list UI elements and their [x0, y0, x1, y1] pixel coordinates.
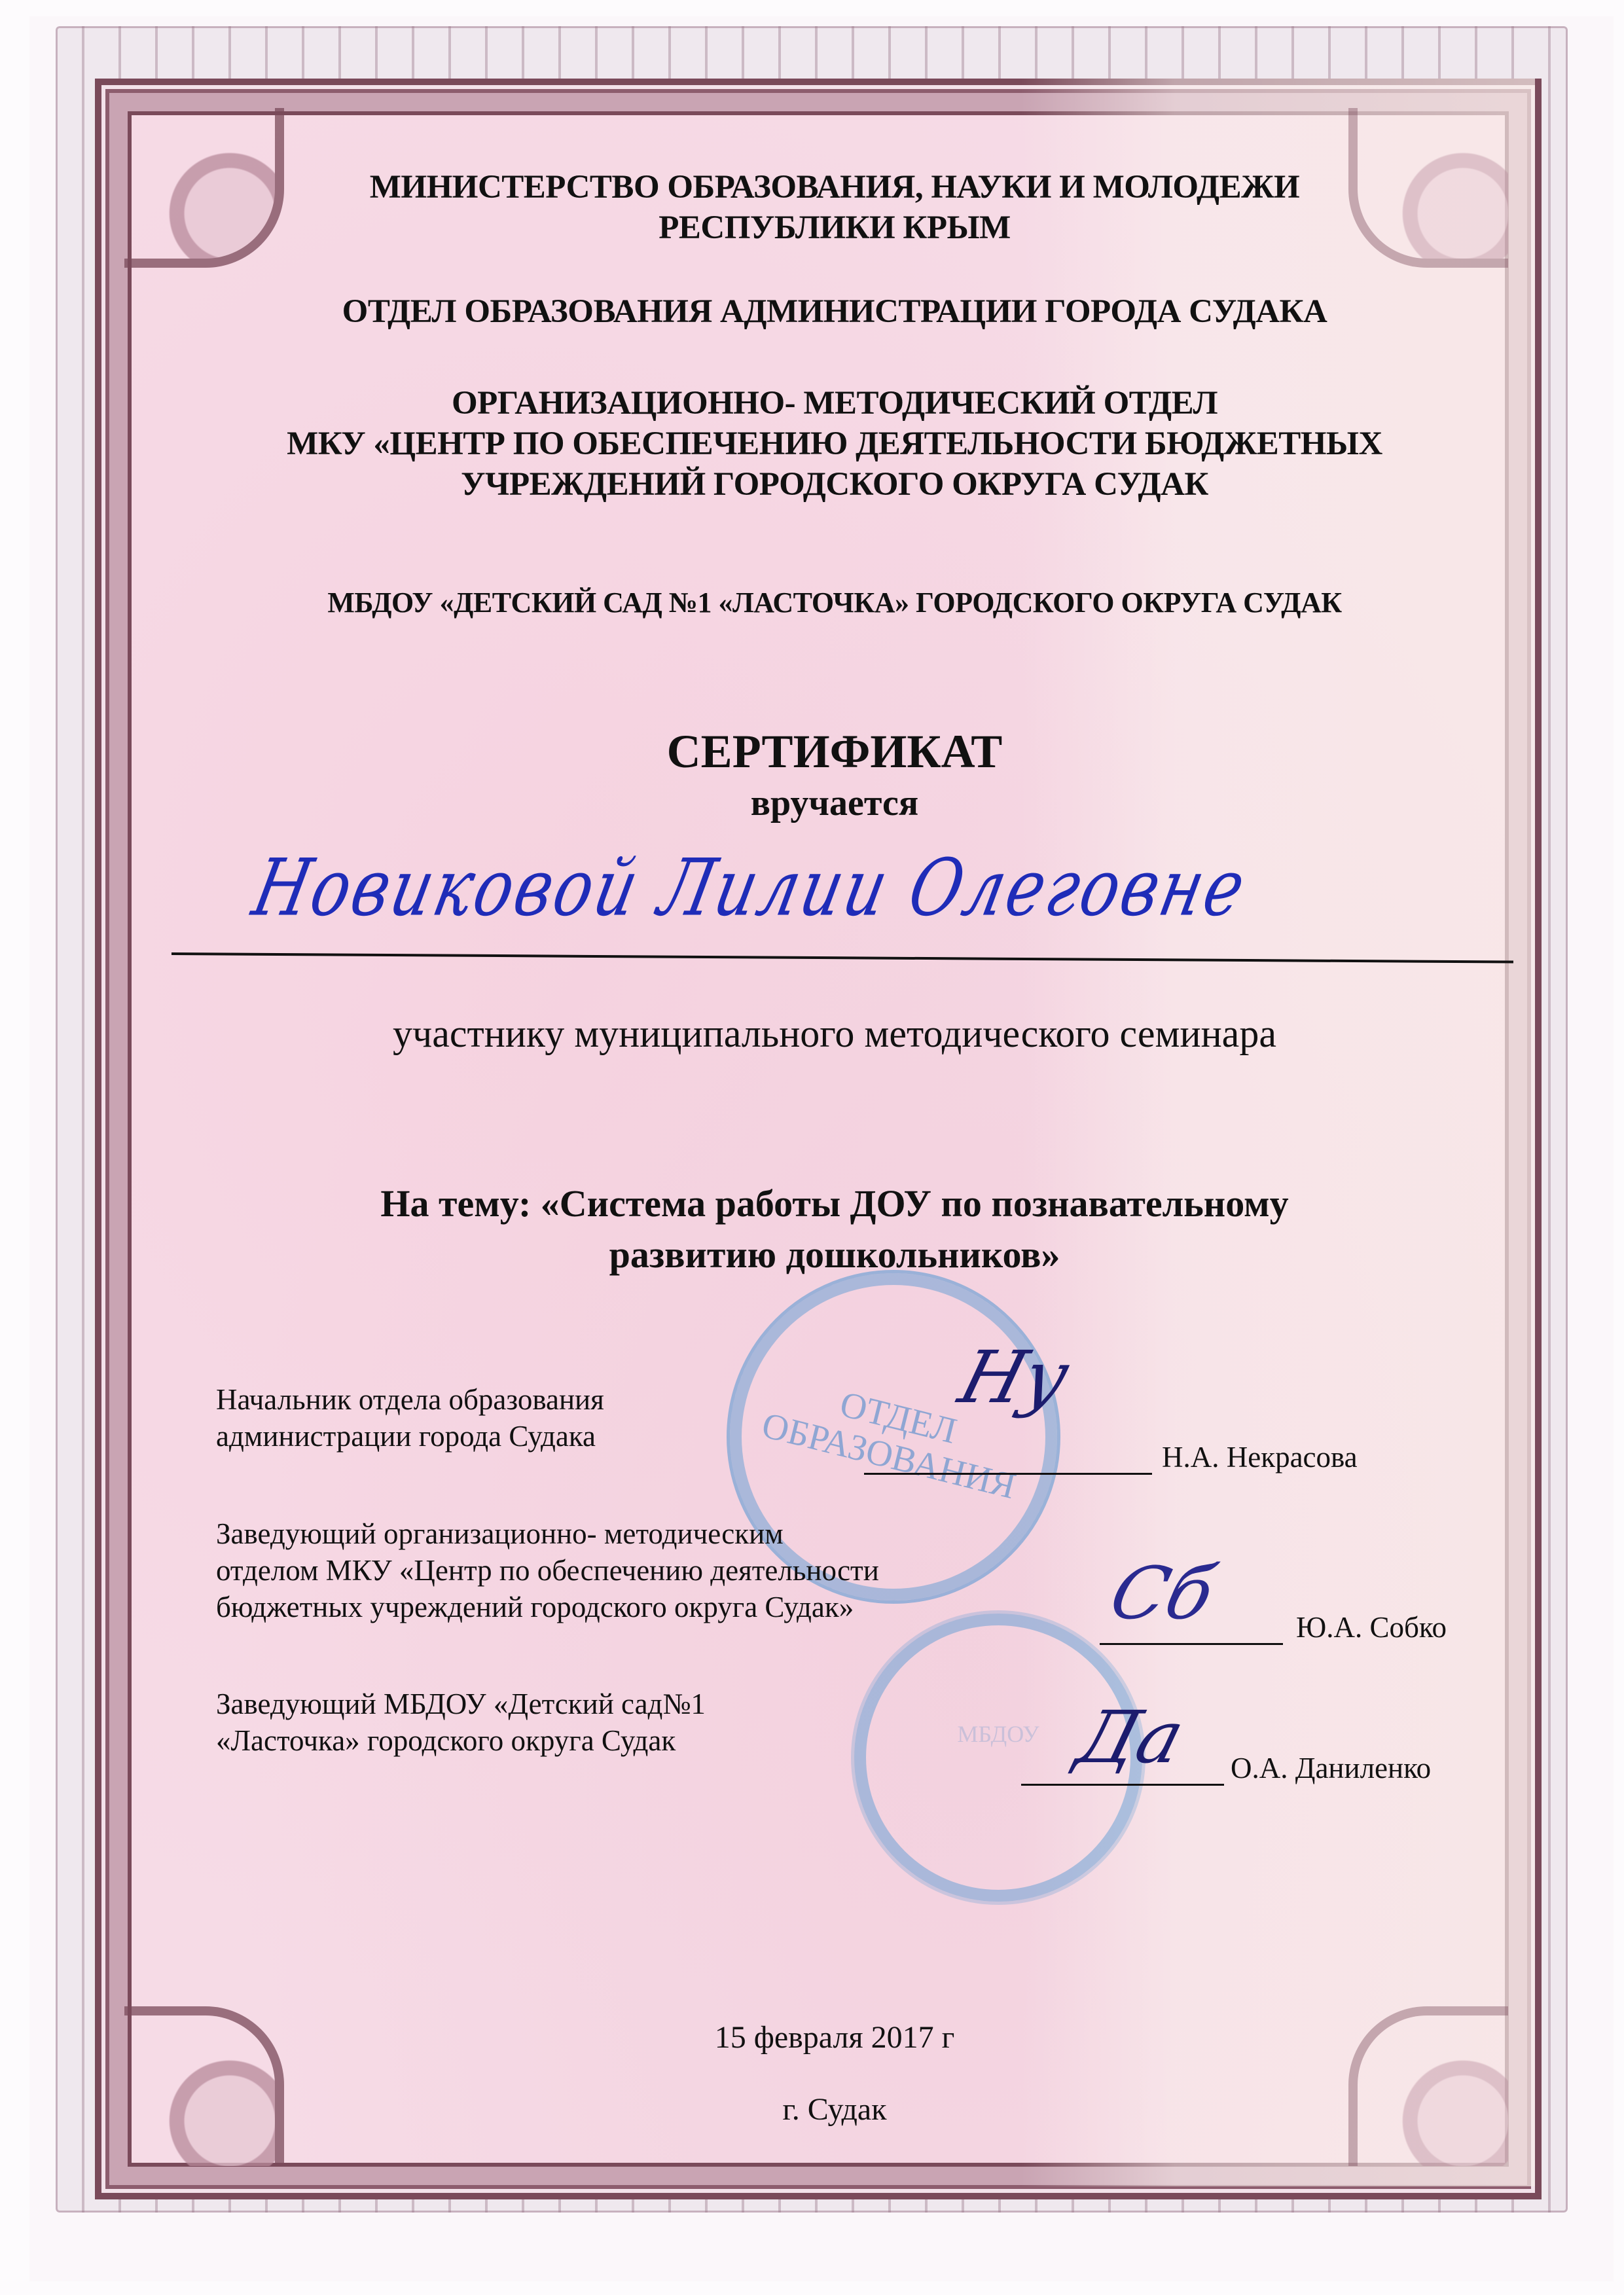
signatory-1-position: Начальник отдела образования администрац… [216, 1381, 604, 1455]
signature-1: Ну [951, 1335, 1078, 1419]
certificate-content: МИНИСТЕРСТВО ОБРАЗОВАНИЯ, НАУКИ И МОЛОДЕ… [0, 0, 1624, 2295]
signature-2: Сб [1102, 1551, 1223, 1635]
department-line: ОТДЕЛ ОБРАЗОВАНИЯ АДМИНИСТРАЦИИ ГОРОДА С… [196, 291, 1473, 332]
kindergarten-line: МБДОУ «ДЕТСКИЙ САД №1 «ЛАСТОЧКА» ГОРОДСК… [196, 583, 1473, 623]
methodical-line-3: УЧРЕЖДЕНИЙ ГОРОДСКОГО ОКРУГА СУДАК [196, 464, 1473, 505]
topic-line-1: На тему: «Система работы ДОУ по познават… [196, 1178, 1473, 1229]
issue-date: 15 февраля 2017 г [196, 2019, 1473, 2055]
signature-3: Дa [1069, 1695, 1193, 1779]
issue-city: г. Судак [196, 2091, 1473, 2127]
ministry-line-1: МИНИСТЕРСТВО ОБРАЗОВАНИЯ, НАУКИ И МОЛОДЕ… [196, 167, 1473, 208]
seminar-topic: На тему: «Система работы ДОУ по познават… [196, 1178, 1473, 1280]
methodical-line-1: ОРГАНИЗАЦИОННО- МЕТОДИЧЕСКИЙ ОТДЕЛ [196, 383, 1473, 424]
signature-3-line [1021, 1784, 1224, 1786]
recipient-underline [171, 952, 1513, 964]
kindergarten-header: МБДОУ «ДЕТСКИЙ САД №1 «ЛАСТОЧКА» ГОРОДСК… [196, 583, 1473, 623]
methodical-line-2: МКУ «ЦЕНТР ПО ОБЕСПЕЧЕНИЮ ДЕЯТЕЛЬНОСТИ Б… [196, 424, 1473, 464]
department-header: ОТДЕЛ ОБРАЗОВАНИЯ АДМИНИСТРАЦИИ ГОРОДА С… [196, 291, 1473, 332]
signatory-2-name: Ю.А. Собко [1296, 1610, 1447, 1644]
certificate-subtitle: вручается [196, 782, 1473, 824]
signatory-3-position: Заведующий МБДОУ «Детский сад№1 «Ласточк… [216, 1686, 706, 1759]
signatory-3-name: О.А. Даниленко [1231, 1751, 1431, 1785]
signature-1-line [864, 1473, 1152, 1475]
participant-role: участнику муниципального методического с… [196, 1011, 1473, 1057]
signatory-1-name: Н.А. Некрасова [1162, 1440, 1358, 1474]
signature-2-line [1100, 1643, 1283, 1645]
ministry-header: МИНИСТЕРСТВО ОБРАЗОВАНИЯ, НАУКИ И МОЛОДЕ… [196, 167, 1473, 248]
topic-line-2: развитию дошкольников» [196, 1229, 1473, 1280]
recipient-name-handwritten: Новиковой Лилии Олеговне [245, 842, 1378, 933]
signatory-2-position: Заведующий организационно- методическим … [216, 1515, 879, 1625]
ministry-line-2: РЕСПУБЛИКИ КРЫМ [196, 208, 1473, 248]
certificate-title: СЕРТИФИКАТ [196, 725, 1473, 778]
methodical-dept-header: ОРГАНИЗАЦИОННО- МЕТОДИЧЕСКИЙ ОТДЕЛ МКУ «… [196, 383, 1473, 505]
